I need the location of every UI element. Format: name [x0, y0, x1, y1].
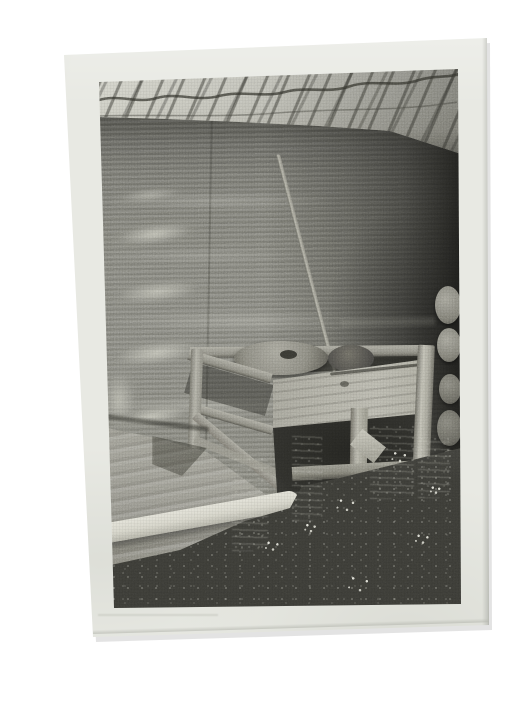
- paper-crease: [98, 614, 218, 616]
- paper-page: [40, 16, 510, 696]
- photo-print: [40, 16, 510, 696]
- film-grain-overlay: [97, 66, 461, 611]
- photographed-page-scene: [40, 16, 510, 696]
